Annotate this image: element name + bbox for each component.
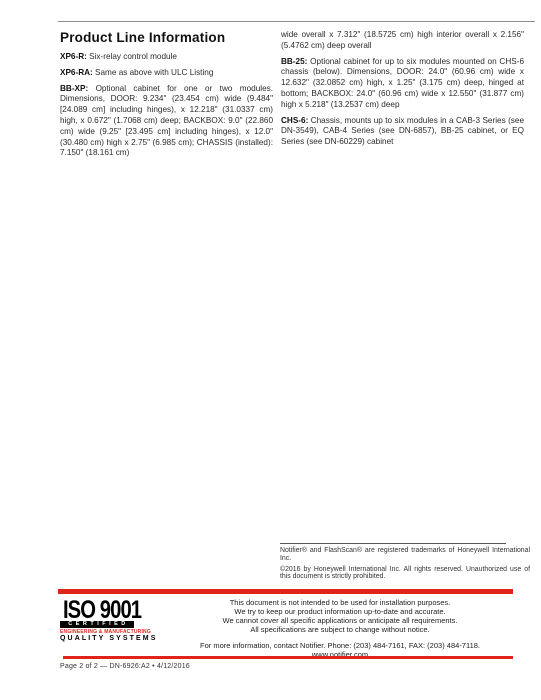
- copyright-line: ©2016 by Honeywell International Inc. Al…: [280, 566, 530, 582]
- product-entry-bbxp: BB-XP: Optional cabinet for one or two m…: [60, 84, 273, 160]
- iso-9001-logo: ISO 9001 CERTIFIED ENGINEERING & MANUFAC…: [60, 598, 134, 643]
- product-desc: Optional cabinet for one or two modules.…: [60, 84, 273, 158]
- disclaimer-line: All specifications are subject to change…: [140, 625, 540, 634]
- page-title: Product Line Information: [60, 30, 273, 45]
- continuation-text: wide overall x 7.312" (18.5725 cm) high …: [281, 30, 524, 52]
- page-number-footer: Page 2 of 2 — DN-6926:A2 • 4/12/2016: [60, 663, 190, 670]
- top-divider: [58, 21, 535, 22]
- product-desc: Six-relay control module: [89, 52, 177, 61]
- product-entry-bb25: BB-25: Optional cabinet for up to six mo…: [281, 57, 524, 111]
- disclaimer-line: We cannot cover all specific application…: [140, 616, 540, 625]
- footer-red-rule: [63, 656, 513, 659]
- contact-info: For more information, contact Notifier. …: [140, 641, 540, 650]
- iso-9001-text: ISO 9001: [63, 598, 131, 622]
- trademark-block: Notifier® and FlashScan® are registered …: [280, 543, 530, 584]
- red-separator-bar: [58, 589, 513, 594]
- product-desc: Optional cabinet for up to six modules m…: [281, 57, 524, 109]
- product-term: BB-XP:: [60, 84, 88, 93]
- disclaimer-line: We try to keep our product information u…: [140, 607, 540, 616]
- product-entry-chs6: CHS-6: Chassis, mounts up to six modules…: [281, 116, 524, 148]
- right-column: wide overall x 7.312" (18.5725 cm) high …: [281, 30, 524, 153]
- left-column: Product Line Information XP6-R: Six-rela…: [60, 30, 273, 164]
- trademark-line: Notifier® and FlashScan® are registered …: [280, 547, 530, 563]
- product-entry-xp6r: XP6-R: Six-relay control module: [60, 52, 273, 63]
- product-term: XP6-RA:: [60, 68, 93, 77]
- trademark-divider: [280, 543, 506, 544]
- product-term: BB-25:: [281, 57, 307, 66]
- product-desc: Chassis, mounts up to six modules in a C…: [281, 116, 524, 147]
- disclaimer-line: This document is not intended to be used…: [140, 598, 540, 607]
- disclaimer-block: This document is not intended to be used…: [140, 598, 540, 659]
- product-term: CHS-6:: [281, 116, 308, 125]
- iso-quality-text: QUALITY SYSTEMS: [60, 635, 134, 643]
- datasheet-page: Product Line Information XP6-R: Six-rela…: [0, 0, 541, 700]
- product-entry-xp6ra: XP6-RA: Same as above with ULC Listing: [60, 68, 273, 79]
- product-desc: Same as above with ULC Listing: [95, 68, 213, 77]
- product-term: XP6-R:: [60, 52, 87, 61]
